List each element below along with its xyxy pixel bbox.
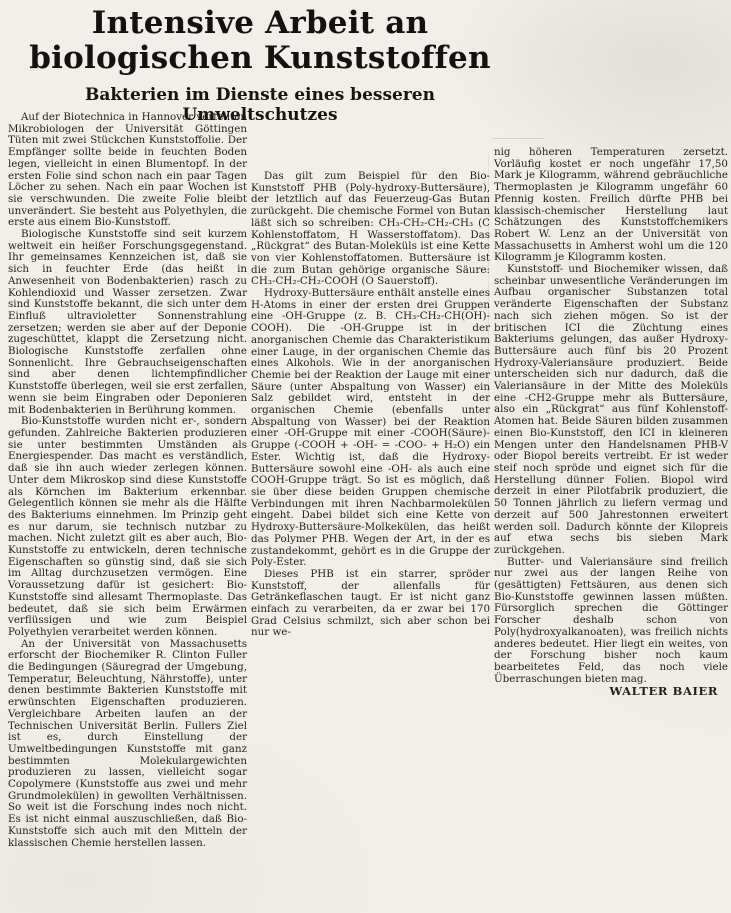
byline: WALTER BAIER (494, 686, 728, 698)
paragraph: An der Universität von Massachusetts erf… (8, 639, 247, 850)
headline-line-1: Intensive Arbeit an (92, 5, 428, 41)
paragraph: Butter- und Valeriansäure sind freilich … (494, 557, 728, 686)
paragraph: Biologische Kunststoffe sind seit kurzem… (8, 229, 247, 416)
paragraph: Bio-Kunststoffe wurden nicht er-, sonder… (8, 416, 247, 638)
paragraph: Auf der Biotechnica in Hannover verteilt… (8, 112, 247, 229)
scan-mark-artifact (492, 138, 544, 139)
paragraph-continuation: nig höheren Temperaturen zersetzt. Vorlä… (494, 147, 728, 264)
article-headline: Intensive Arbeit an biologischen Kunstst… (10, 6, 510, 76)
paragraph: Kunststoff- und Biochemiker wissen, daß … (494, 264, 728, 557)
paragraph: Hydroxy-Buttersäure enthält anstelle ein… (251, 288, 490, 569)
article-column-3: nig höheren Temperaturen zersetzt. Vorlä… (494, 147, 728, 698)
paragraph: Dieses PHB ist ein starrer, spröder Kuns… (251, 569, 490, 639)
article-column-2: Das gilt zum Beispiel für den Bio-Kunsts… (251, 171, 490, 639)
article-column-1: Auf der Biotechnica in Hannover verteilt… (8, 112, 247, 849)
newspaper-article-page: Intensive Arbeit an biologischen Kunstst… (0, 0, 731, 913)
article-masthead: Intensive Arbeit an biologischen Kunstst… (10, 6, 510, 125)
headline-line-2: biologischen Kunststoffen (29, 40, 490, 76)
paragraph: Das gilt zum Beispiel für den Bio-Kunsts… (251, 171, 490, 288)
